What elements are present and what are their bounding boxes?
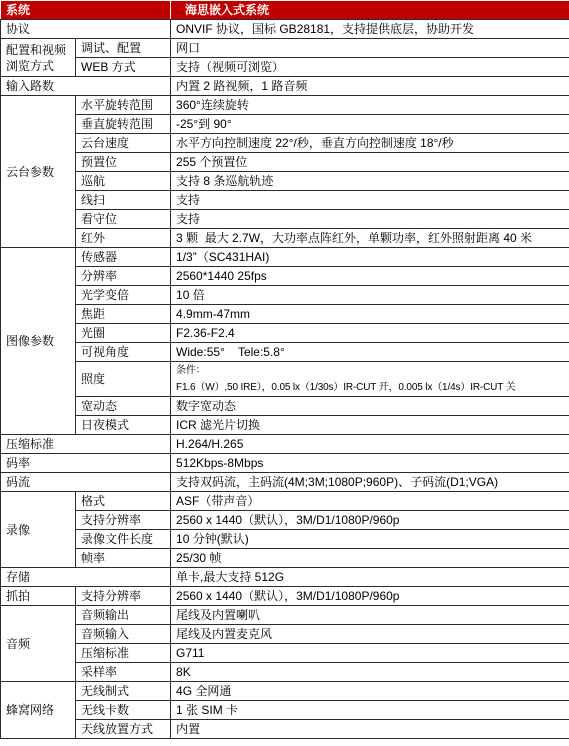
label-cell: 帧率: [76, 549, 171, 568]
group-cell-cellular: 蜂窝网络: [1, 682, 76, 739]
spec-row-record-format: 录像 格式 ASF（带声音）: [1, 492, 569, 511]
spec-row-cruise: 巡航 支持 8 条巡航轨迹: [1, 172, 569, 191]
label-cell: 支持分辨率: [76, 511, 171, 530]
spec-row-aperture: 光圈 F2.36-F2.4: [1, 324, 569, 343]
value-cell: 3 颗 最大 2.7W，大功率点阵红外，单颗功率，红外照射距离 40 米: [171, 229, 569, 248]
value-cell: 4G 全网通: [171, 682, 569, 701]
value-cell: 255 个预置位: [171, 153, 569, 172]
spec-row-view-angle: 可视角度 Wide:55° Tele:5.8°: [1, 343, 569, 362]
value-cell: 支持（视频可浏览）: [171, 58, 569, 77]
spec-row-optical-zoom: 光学变倍 10 倍: [1, 286, 569, 305]
value-cell: 水平方向控制速度 22°/秒，垂直方向控制速度 18°/秒: [171, 134, 569, 153]
spec-row-infrared: 红外 3 颗 最大 2.7W，大功率点阵红外，单颗功率，红外照射距离 40 米: [1, 229, 569, 248]
spec-row-compression: 压缩标准 H.264/H.265: [1, 435, 569, 454]
value-cell: 10 分钟(默认): [171, 530, 569, 549]
group-cell-snapshot: 抓拍: [1, 587, 76, 606]
label-cell: 录像文件长度: [76, 530, 171, 549]
header-system-cell: 系统: [1, 1, 171, 20]
spec-row-guard-position: 看守位 支持: [1, 210, 569, 229]
spec-row-audio-output: 音频 音频输出 尾线及内置喇叭: [1, 606, 569, 625]
label-cell: 照度: [76, 362, 171, 397]
group-cell-recording: 录像: [1, 492, 76, 568]
spec-row-line-scan: 线扫 支持: [1, 191, 569, 210]
value-cell: 2560 x 1440（默认），3M/D1/1080P/960p: [171, 587, 569, 606]
value-cell: 2560 x 1440（默认），3M/D1/1080P/960p: [171, 511, 569, 530]
value-cell: 1 张 SIM 卡: [171, 701, 569, 720]
value-cell: -25°到 90°: [171, 115, 569, 134]
label-cell: WEB 方式: [76, 58, 171, 77]
header-system-value-cell: 海思嵌入式系统: [171, 1, 569, 20]
spec-row-snapshot-resolution: 抓拍 支持分辨率 2560 x 1440（默认），3M/D1/1080P/960…: [1, 587, 569, 606]
spec-row-ptz-speed: 云台速度 水平方向控制速度 22°/秒，垂直方向控制速度 18°/秒: [1, 134, 569, 153]
label-cell: 码流: [1, 473, 171, 492]
spec-row-audio-compression: 压缩标准 G711: [1, 644, 569, 663]
value-cell: 尾线及内置喇叭: [171, 606, 569, 625]
spec-row-sim-count: 无线卡数 1 张 SIM 卡: [1, 701, 569, 720]
spec-row-record-file-length: 录像文件长度 10 分钟(默认): [1, 530, 569, 549]
header-row: 系统 海思嵌入式系统: [1, 1, 569, 20]
label-cell: 码率: [1, 454, 171, 473]
spec-row-bitrate: 码率 512Kbps-8Mbps: [1, 454, 569, 473]
label-cell: 宽动态: [76, 397, 171, 416]
group-cell-audio: 音频: [1, 606, 76, 682]
label-cell: 音频输出: [76, 606, 171, 625]
value-cell: F2.36-F2.4: [171, 324, 569, 343]
spec-row-input-channels: 输入路数 内置 2 路视频，1 路音频: [1, 77, 569, 96]
label-cell: 协议: [1, 20, 171, 39]
spec-row-pan-range: 云台参数 水平旋转范围 360°连续旋转: [1, 96, 569, 115]
label-cell: 光学变倍: [76, 286, 171, 305]
spec-row-day-night: 日夜模式 ICR 滤光片切换: [1, 416, 569, 435]
label-cell: 焦距: [76, 305, 171, 324]
label-cell: 可视角度: [76, 343, 171, 362]
spec-row-wireless-standard: 蜂窝网络 无线制式 4G 全网通: [1, 682, 569, 701]
spec-row-web: WEB 方式 支持（视频可浏览）: [1, 58, 569, 77]
value-cell: 360°连续旋转: [171, 96, 569, 115]
label-cell: 支持分辨率: [76, 587, 171, 606]
value-cell: 条件： F1.6（W）,50 IRE），0.05 lx（1/30s）IR-CUT…: [171, 362, 569, 397]
label-cell: 垂直旋转范围: [76, 115, 171, 134]
spec-row-presets: 预置位 255 个预置位: [1, 153, 569, 172]
value-cell: ICR 滤光片切换: [171, 416, 569, 435]
label-cell: 红外: [76, 229, 171, 248]
spec-row-stream: 码流 支持双码流，主码流(4M;3M;1080P;960P)、子码流(D1;VG…: [1, 473, 569, 492]
label-cell: 压缩标准: [1, 435, 171, 454]
value-cell: 10 倍: [171, 286, 569, 305]
value-cell: 数字宽动态: [171, 397, 569, 416]
label-cell: 水平旋转范围: [76, 96, 171, 115]
value-cell: G711: [171, 644, 569, 663]
value-cell: ASF（带声音）: [171, 492, 569, 511]
spec-row-illumination: 照度 条件： F1.6（W）,50 IRE），0.05 lx（1/30s）IR-…: [1, 362, 569, 397]
spec-row-record-resolution: 支持分辨率 2560 x 1440（默认），3M/D1/1080P/960p: [1, 511, 569, 530]
value-cell: 支持: [171, 191, 569, 210]
value-cell: 支持 8 条巡航轨迹: [171, 172, 569, 191]
value-cell: H.264/H.265: [171, 435, 569, 454]
value-cell: 网口: [171, 39, 569, 58]
group-cell-ptz: 云台参数: [1, 96, 76, 248]
spec-table: 系统 海思嵌入式系统 协议 ONVIF 协议，国标 GB28181，支持提供底层…: [0, 0, 569, 739]
spec-row-sample-rate: 采样率 8K: [1, 663, 569, 682]
label-cell: 存储: [1, 568, 171, 587]
value-cell: 25/30 帧: [171, 549, 569, 568]
label-cell: 压缩标准: [76, 644, 171, 663]
value-cell: 2560*1440 25fps: [171, 267, 569, 286]
label-cell: 光圈: [76, 324, 171, 343]
group-cell-config-browse: 配置和视频浏览方式: [1, 39, 76, 77]
label-cell: 日夜模式: [76, 416, 171, 435]
spec-row-wdr: 宽动态 数字宽动态: [1, 397, 569, 416]
spec-row-protocol: 协议 ONVIF 协议，国标 GB28181，支持提供底层，协助开发: [1, 20, 569, 39]
label-cell: 无线卡数: [76, 701, 171, 720]
value-cell: 支持: [171, 210, 569, 229]
label-cell: 巡航: [76, 172, 171, 191]
label-cell: 采样率: [76, 663, 171, 682]
spec-row-frame-rate: 帧率 25/30 帧: [1, 549, 569, 568]
spec-row-resolution: 分辨率 2560*1440 25fps: [1, 267, 569, 286]
label-cell: 分辨率: [76, 267, 171, 286]
label-cell: 调试、配置: [76, 39, 171, 58]
label-cell: 线扫: [76, 191, 171, 210]
spec-row-antenna: 天线放置方式 内置: [1, 720, 569, 739]
label-cell: 传感器: [76, 248, 171, 267]
value-cell: 内置: [171, 720, 569, 739]
label-cell: 无线制式: [76, 682, 171, 701]
label-cell: 音频输入: [76, 625, 171, 644]
label-cell: 格式: [76, 492, 171, 511]
group-cell-image: 图像参数: [1, 248, 76, 435]
spec-row-tilt-range: 垂直旋转范围 -25°到 90°: [1, 115, 569, 134]
spec-row-audio-input: 音频输入 尾线及内置麦克风: [1, 625, 569, 644]
label-cell: 预置位: [76, 153, 171, 172]
label-cell: 输入路数: [1, 77, 171, 96]
value-cell: 内置 2 路视频，1 路音频: [171, 77, 569, 96]
spec-row-sensor: 图像参数 传感器 1/3”（SC431HAI): [1, 248, 569, 267]
value-cell: 8K: [171, 663, 569, 682]
spec-row-storage: 存储 单卡,最大支持 512G: [1, 568, 569, 587]
value-cell: 1/3”（SC431HAI): [171, 248, 569, 267]
value-cell: Wide:55° Tele:5.8°: [171, 343, 569, 362]
spec-row-focal-length: 焦距 4.9mm-47mm: [1, 305, 569, 324]
spec-row-config-debug: 配置和视频浏览方式 调试、配置 网口: [1, 39, 569, 58]
value-cell: 支持双码流，主码流(4M;3M;1080P;960P)、子码流(D1;VGA): [171, 473, 569, 492]
value-cell: 512Kbps-8Mbps: [171, 454, 569, 473]
value-cell: 单卡,最大支持 512G: [171, 568, 569, 587]
value-cell: 尾线及内置麦克风: [171, 625, 569, 644]
label-cell: 天线放置方式: [76, 720, 171, 739]
label-cell: 云台速度: [76, 134, 171, 153]
value-cell: 4.9mm-47mm: [171, 305, 569, 324]
label-cell: 看守位: [76, 210, 171, 229]
value-cell: ONVIF 协议，国标 GB28181，支持提供底层，协助开发: [171, 20, 569, 39]
